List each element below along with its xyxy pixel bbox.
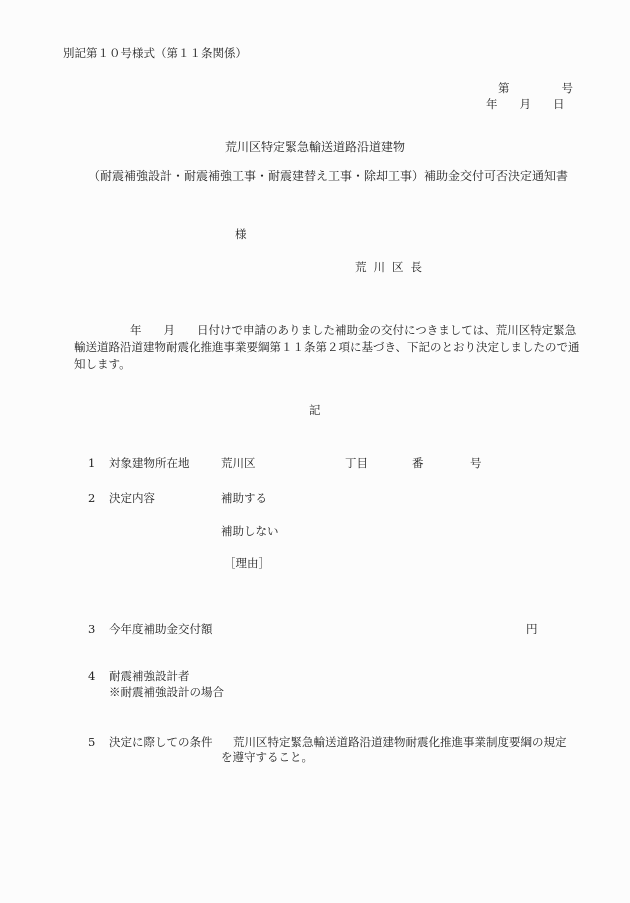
item-label: 決定に際しての条件 bbox=[109, 735, 213, 749]
item-4: 4耐震補強設計者 bbox=[88, 671, 190, 683]
date-year: 年 bbox=[486, 97, 498, 111]
notice-body: 年月日付けで申請のありました補助金の交付につきましては、荒川区特定緊急輸送道路沿… bbox=[74, 322, 580, 373]
item-1: 1対象建物所在地 bbox=[88, 458, 190, 470]
condition-line-2: を遵守すること。 bbox=[221, 752, 313, 764]
location-chome: 丁目 bbox=[345, 458, 368, 470]
item-number: 2 bbox=[88, 493, 109, 505]
item-2: 2決定内容 bbox=[88, 493, 155, 505]
item-label: 今年度補助金交付額 bbox=[109, 622, 213, 636]
item-4-note: ※耐震補強設計の場合 bbox=[109, 687, 224, 699]
option-no-grant: 補助しない bbox=[221, 526, 279, 538]
title-line-2: （耐震補強設計・耐震補強工事・耐震建替え工事・除却工事）補助金交付可否決定通知書 bbox=[88, 170, 568, 182]
form-reference: 別記第１０号様式（第１１条関係） bbox=[63, 48, 247, 60]
body-text: 日付けで申請のありました補助金の交付につきましては、荒川区特定緊急輸送道路沿道建… bbox=[74, 323, 580, 371]
body-date-month: 月 bbox=[164, 323, 176, 337]
item-label: 対象建物所在地 bbox=[109, 456, 190, 470]
reason-label: ［理由］ bbox=[224, 558, 270, 570]
title-line-1: 荒川区特定緊急輸送道路沿道建物 bbox=[0, 141, 630, 153]
item-3: 3今年度補助金交付額 bbox=[88, 624, 213, 636]
location-go: 号 bbox=[470, 458, 482, 470]
date-month: 月 bbox=[520, 97, 532, 111]
option-grant: 補助する bbox=[221, 493, 267, 505]
document-number: 第号 bbox=[498, 83, 573, 95]
amount-unit: 円 bbox=[526, 624, 538, 636]
issue-date: 年月日 bbox=[486, 99, 565, 111]
item-number: 4 bbox=[88, 671, 109, 683]
issuer: 荒川区長 bbox=[355, 262, 429, 274]
item-label: 耐震補強設計者 bbox=[109, 669, 190, 683]
item-number: 5 bbox=[88, 737, 109, 749]
item-number: 3 bbox=[88, 624, 109, 636]
item-number: 1 bbox=[88, 458, 109, 470]
document-number-prefix: 第 bbox=[498, 81, 510, 95]
location-ban: 番 bbox=[412, 458, 424, 470]
date-day: 日 bbox=[553, 97, 565, 111]
document-number-suffix: 号 bbox=[562, 81, 574, 95]
item-5: 5決定に際しての条件 bbox=[88, 737, 213, 749]
condition-line-1: 荒川区特定緊急輸送道路沿道建物耐震化推進事業制度要綱の規定 bbox=[233, 737, 567, 749]
addressee-suffix: 様 bbox=[235, 229, 247, 241]
body-date-year: 年 bbox=[130, 323, 142, 337]
location-ward: 荒川区 bbox=[221, 458, 256, 470]
ki-heading: 記 bbox=[309, 405, 321, 417]
item-label: 決定内容 bbox=[109, 491, 155, 505]
